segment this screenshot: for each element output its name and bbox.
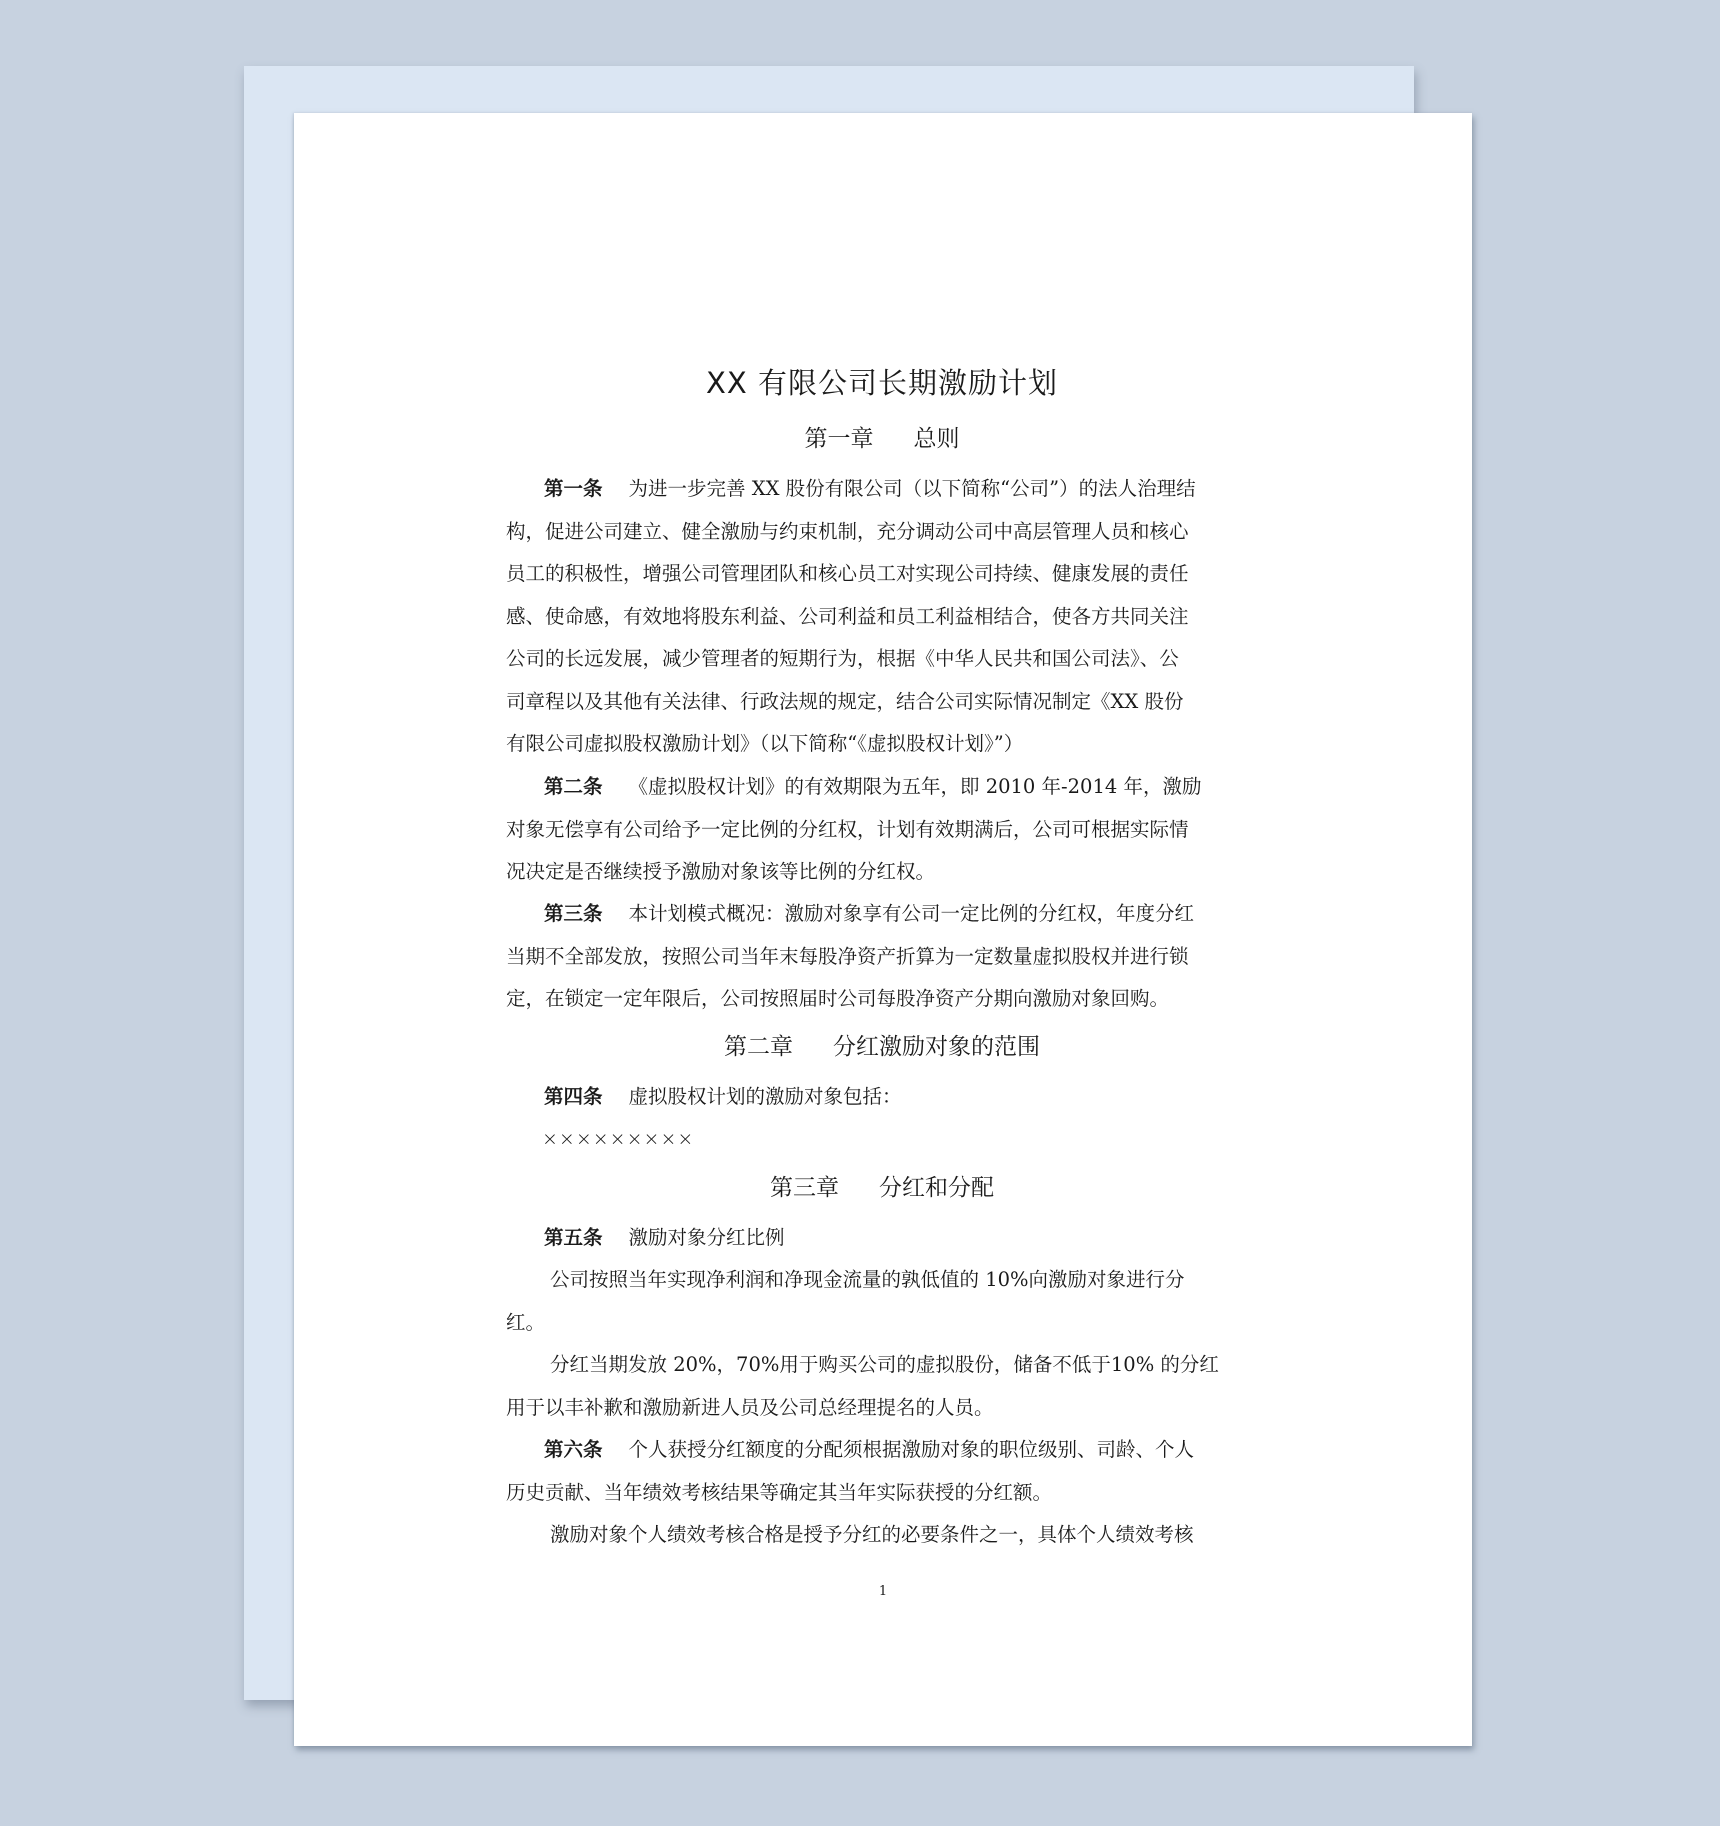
document-title: XX 有限公司长期激励计划 xyxy=(506,363,1258,403)
chapter-number: 第一章 xyxy=(805,426,874,452)
article-label: 第六条 xyxy=(544,1438,603,1461)
chapter-number: 第三章 xyxy=(770,1175,839,1201)
article-label: 第四条 xyxy=(544,1085,603,1108)
article-5-paragraph-2: 分红当期发放 20%，70%用于购买公司的虚拟股份，储备不低于10% 的分红 用… xyxy=(506,1344,1258,1429)
article-1: 第一条为进一步完善 XX 股份有限公司（以下简称“公司”）的法人治理结 构，促进… xyxy=(506,468,1258,766)
page-number: 1 xyxy=(294,1584,1472,1599)
article-label: 第一条 xyxy=(544,477,603,500)
article-label: 第二条 xyxy=(544,775,603,798)
article-label: 第三条 xyxy=(544,902,603,925)
article-4: 第四条虚拟股权计划的激励对象包括： xyxy=(506,1076,1258,1119)
chapter-heading-1: 第一章总则 xyxy=(506,421,1258,457)
document-page: XX 有限公司长期激励计划 第一章总则 第一条为进一步完善 XX 股份有限公司（… xyxy=(294,113,1472,1746)
chapter-name: 总则 xyxy=(914,426,960,452)
chapter-name: 分红和分配 xyxy=(879,1175,994,1201)
article-5: 第五条激励对象分红比例 xyxy=(506,1217,1258,1260)
chapter-heading-3: 第三章分红和分配 xyxy=(506,1170,1258,1206)
article-5-paragraph-1: 公司按照当年实现净利润和净现金流量的孰低值的 10%向激励对象进行分 红。 xyxy=(506,1259,1258,1344)
article-label: 第五条 xyxy=(544,1226,603,1249)
article-6: 第六条个人获授分红额度的分配须根据激励对象的职位级别、司龄、个人 历史贡献、当年… xyxy=(506,1429,1258,1514)
placeholder-marks: ××××××××× xyxy=(542,1128,694,1150)
chapter-name: 分红激励对象的范围 xyxy=(833,1034,1040,1060)
article-2: 第二条《虚拟股权计划》的有效期限为五年，即 2010 年-2014 年，激励 对… xyxy=(506,766,1258,894)
article-3: 第三条本计划模式概况：激励对象享有公司一定比例的分红权，年度分红 当期不全部发放… xyxy=(506,893,1258,1021)
article-6-paragraph-1: 激励对象个人绩效考核合格是授予分红的必要条件之一，具体个人绩效考核 xyxy=(506,1514,1258,1557)
chapter-number: 第二章 xyxy=(724,1034,793,1060)
chapter-heading-2: 第二章分红激励对象的范围 xyxy=(506,1029,1258,1065)
